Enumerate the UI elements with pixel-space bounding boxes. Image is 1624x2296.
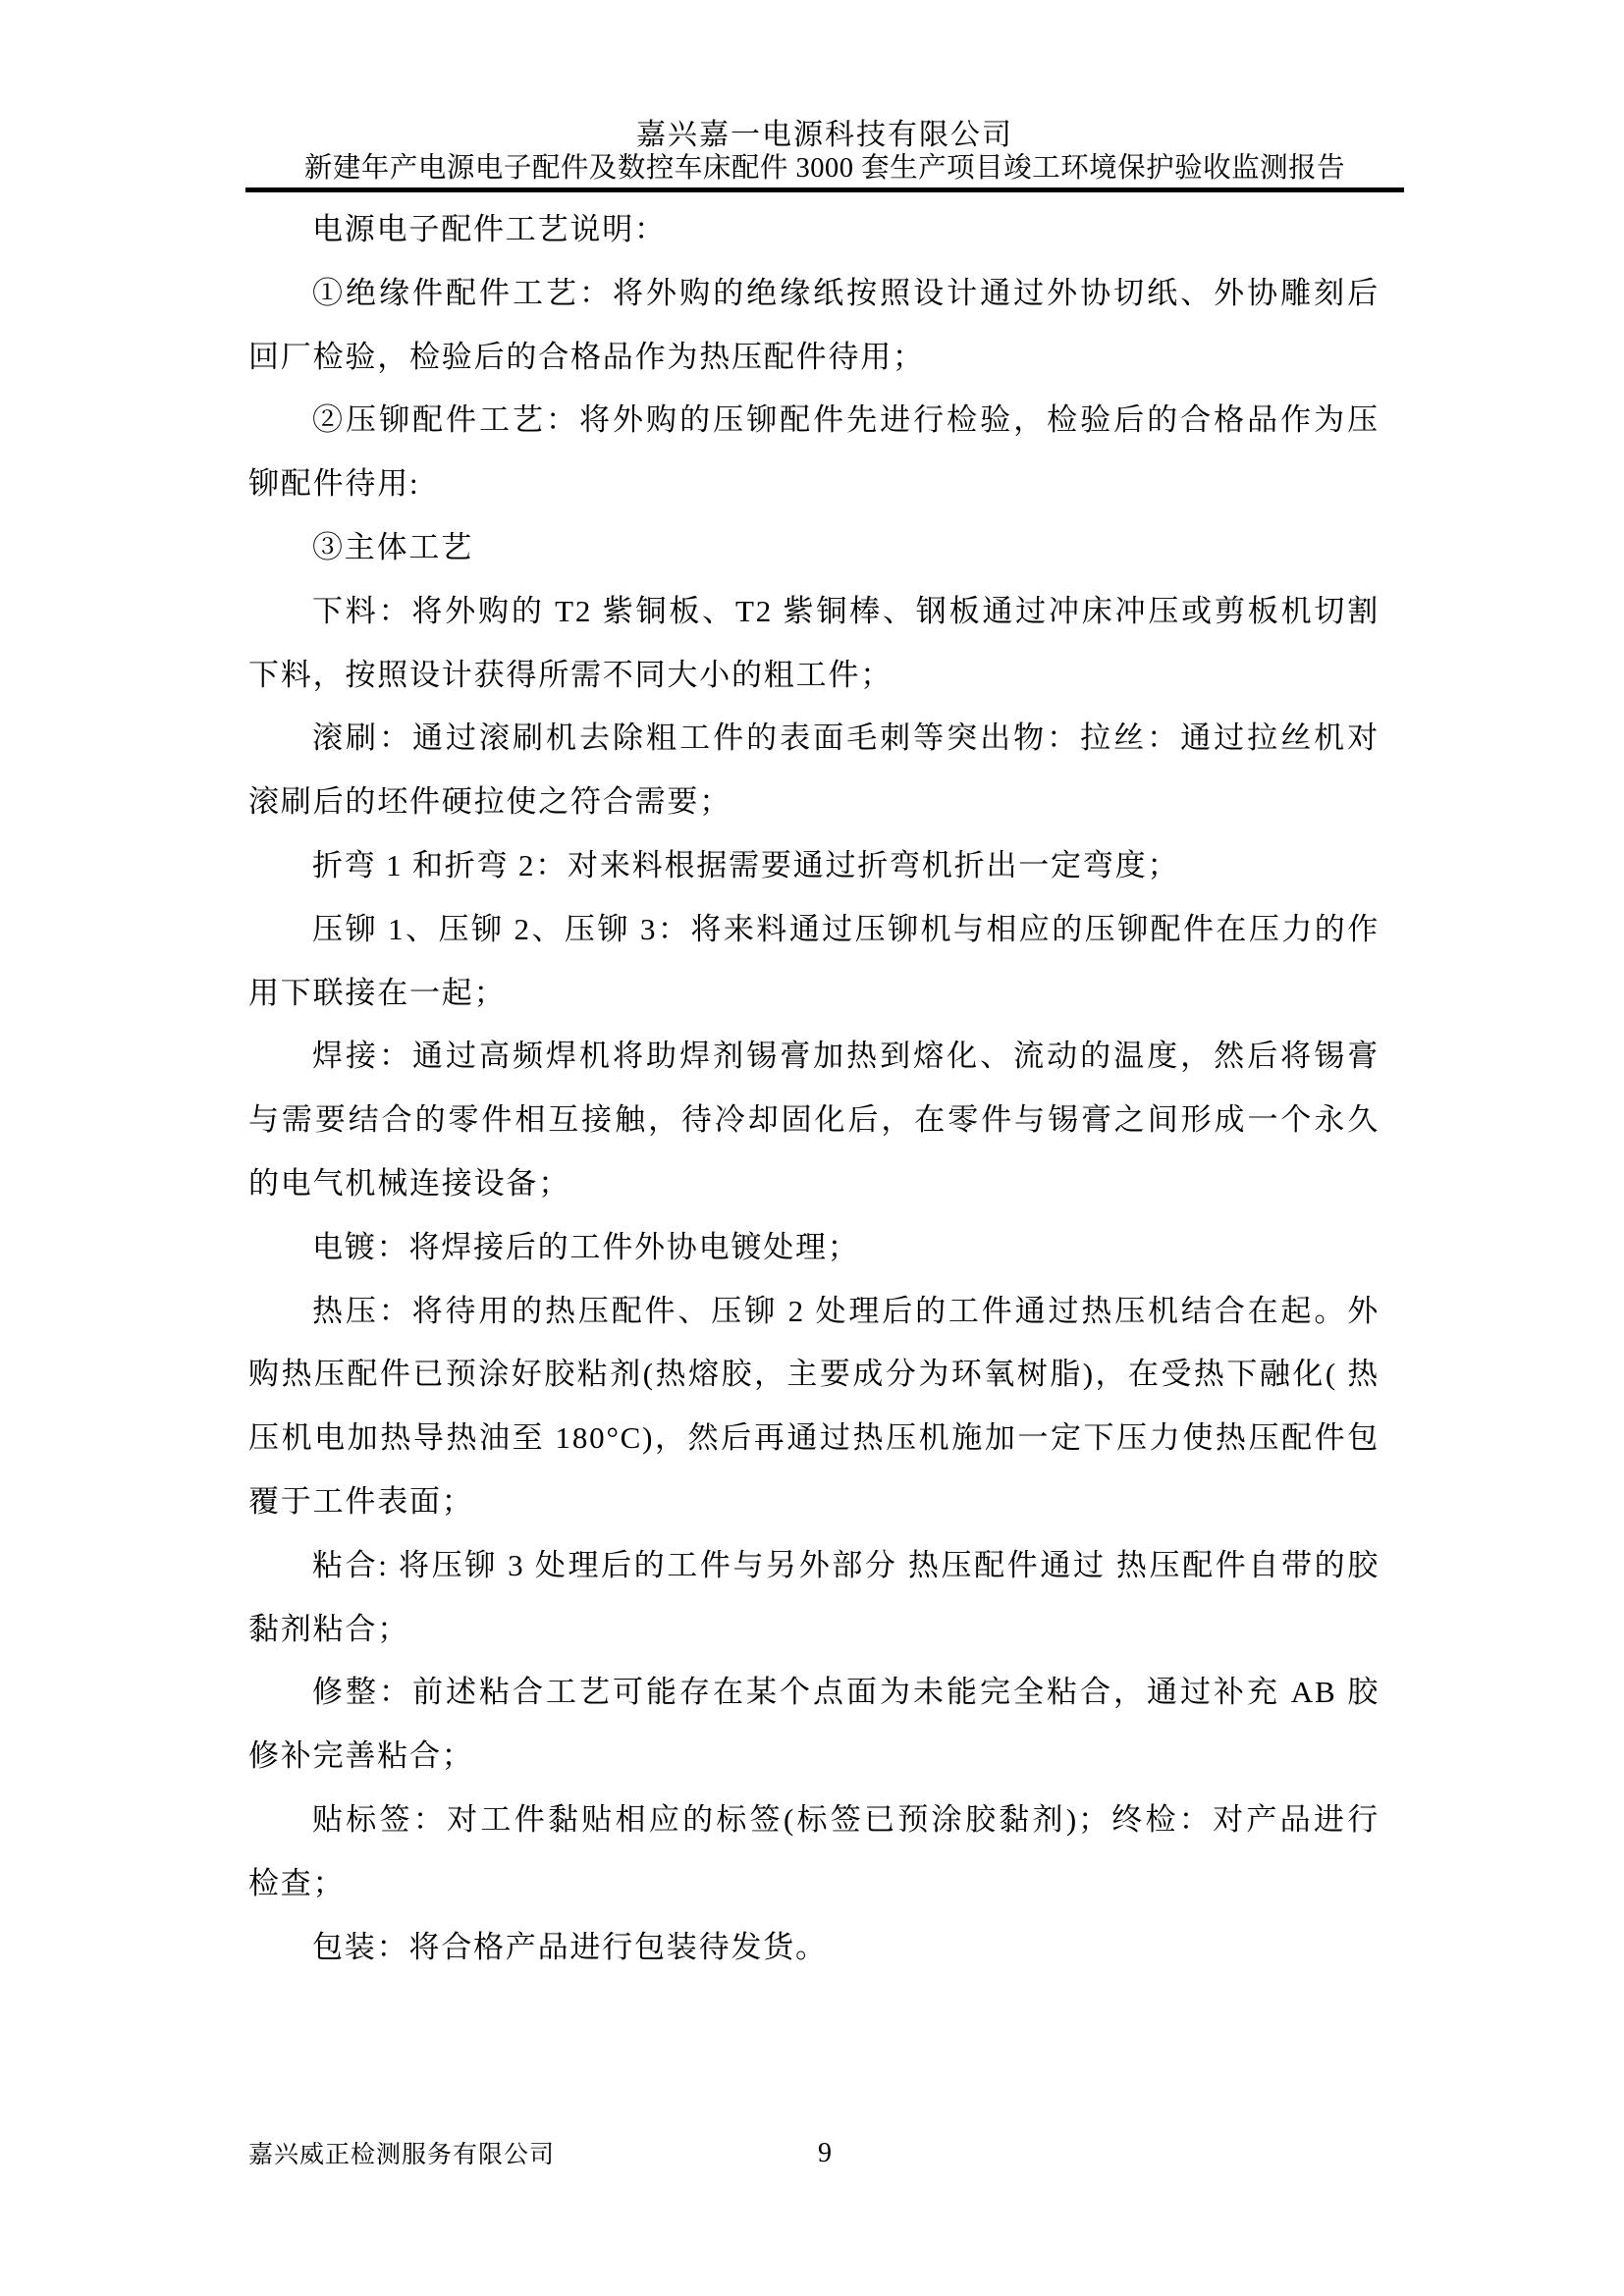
body-text-line: 焊接：通过高频焊机将助焊剂锡膏加热到熔化、流动的温度，然后将锡膏 — [248, 1025, 1380, 1089]
page-number: 9 — [245, 2138, 1404, 2169]
body-text-line: ③主体工艺 — [248, 516, 1380, 580]
body-text-line: 的电气机械连接设备； — [248, 1152, 1380, 1216]
body-text-line: 包装：将合格产品进行包装待发货。 — [248, 1916, 1380, 1980]
body-text-line: 修整：前述粘合工艺可能存在某个点面为未能完全粘合，通过补充 AB 胶 — [248, 1661, 1380, 1725]
document-body: 电源电子配件工艺说明：①绝缘件配件工艺：将外购的绝缘纸按照设计通过外协切纸、外协… — [248, 198, 1380, 1979]
body-text-line: 修补完善粘合； — [248, 1725, 1380, 1789]
body-text-line: 与需要结合的零件相互接触，待冷却固化后，在零件与锡膏之间形成一个永久 — [248, 1089, 1380, 1152]
body-text-line: 下料：将外购的 T2 紫铜板、T2 紫铜棒、钢板通过冲床冲压或剪板机切割 — [248, 580, 1380, 644]
body-text-line: 电镀：将焊接后的工件外协电镀处理； — [248, 1216, 1380, 1280]
body-text-line: 压铆 1、压铆 2、压铆 3：将来料通过压铆机与相应的压铆配件在压力的作 — [248, 898, 1380, 962]
body-text-line: 下料，按照设计获得所需不同大小的粗工件； — [248, 644, 1380, 708]
body-text-line: 滚刷：通过滚刷机去除粗工件的表面毛刺等突出物：拉丝：通过拉丝机对 — [248, 707, 1380, 771]
body-text-line: 购热压配件已预涂好胶粘剂(热熔胶，主要成分为环氧树脂)，在受热下融化( 热 — [248, 1343, 1380, 1407]
body-text-line: 铆配件待用: — [248, 453, 1380, 516]
body-text-line: 压机电加热导热油至 180°C)，然后再通过热压机施加一定下压力使热压配件包 — [248, 1407, 1380, 1470]
body-text-line: ②压铆配件工艺：将外购的压铆配件先进行检验，检验后的合格品作为压 — [248, 389, 1380, 453]
body-text-line: 滚刷后的坯件硬拉使之符合需要； — [248, 771, 1380, 834]
body-text-line: 折弯 1 和折弯 2：对来料根据需要通过折弯机折出一定弯度； — [248, 834, 1380, 898]
document-page: 嘉兴嘉一电源科技有限公司 新建年产电源电子配件及数控车床配件 3000 套生产项… — [0, 0, 1624, 2296]
body-text-line: 热压：将待用的热压配件、压铆 2 处理后的工件通过热压机结合在起。外 — [248, 1280, 1380, 1344]
body-text-line: 回厂检验，检验后的合格品作为热压配件待用； — [248, 326, 1380, 390]
header-rule — [245, 187, 1404, 192]
body-text-line: ①绝缘件配件工艺：将外购的绝缘纸按照设计通过外协切纸、外协雕刻后 — [248, 262, 1380, 326]
body-text-line: 检查； — [248, 1852, 1380, 1916]
body-text-line: 覆于工件表面； — [248, 1470, 1380, 1534]
header-company-name: 嘉兴嘉一电源科技有限公司 — [245, 119, 1404, 152]
body-text-line: 贴标签：对工件黏贴相应的标签(标签已预涂胶黏剂)；终检：对产品进行 — [248, 1789, 1380, 1852]
body-text-line: 用下联接在一起； — [248, 962, 1380, 1026]
document-title: 新建年产电源电子配件及数控车床配件 3000 套生产项目竣工环境保护验收监测报告 — [233, 152, 1417, 186]
body-text-line: 黏剂粘合； — [248, 1598, 1380, 1662]
body-text-line: 电源电子配件工艺说明： — [248, 198, 1380, 262]
body-text-line: 粘合: 将压铆 3 处理后的工件与另外部分 热压配件通过 热压配件自带的胶 — [248, 1534, 1380, 1598]
